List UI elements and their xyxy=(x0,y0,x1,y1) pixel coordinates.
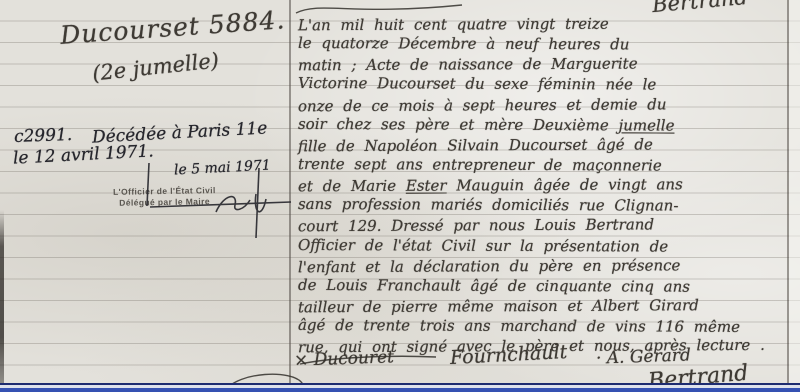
record-line: et de Marie Ester Mauguin âgée de vingt … xyxy=(298,175,785,198)
margin-divider-rule xyxy=(289,0,291,392)
right-edge-rule xyxy=(787,0,789,392)
record-line: Victorine Ducourset du sexe féminin née … xyxy=(298,74,785,96)
bottom-border-blue-edge xyxy=(0,388,800,392)
record-line: l'enfant et la déclaration du père en pr… xyxy=(298,255,785,278)
signature-witness-2-name: A. Gérard xyxy=(606,345,691,368)
record-text: L'an mil huit cent quatre vingt treizele… xyxy=(298,15,785,357)
margin-pen-vertical-2 xyxy=(256,168,259,238)
signature-witness-2: · A. Gérard xyxy=(596,345,691,368)
record-line: onze de ce mois à sept heures et demie d… xyxy=(298,94,785,117)
stamp-signature-loop-2 xyxy=(255,194,266,212)
record-line: Officier de l'état Civil sur la présenta… xyxy=(298,235,785,257)
record-line: soir chez ses père et mère Deuxième jume… xyxy=(298,115,785,137)
scan-bottom-border xyxy=(0,383,800,392)
signature-cross-mark: × xyxy=(294,350,309,370)
margin-act-name-number: Ducourset 5884. xyxy=(59,5,286,50)
record-line: court 129. Dressé par nous Louis Bertran… xyxy=(298,215,785,238)
stamp-signature-loop-1 xyxy=(216,197,250,212)
margin-officer-date: le 5 mai 1971 xyxy=(174,157,271,178)
margin-twin-note: (2e jumelle) xyxy=(91,48,220,85)
signature-father: × Ducouret xyxy=(294,347,395,370)
record-line: L'an mil huit cent quatre vingt treize xyxy=(298,14,785,37)
margin-death-reference: c2991. xyxy=(14,125,73,147)
signature-separator-dot: · xyxy=(596,348,602,368)
record-line: de Louis Franchault âgé de cinquante cin… xyxy=(298,276,785,298)
right-margin-strip xyxy=(789,0,800,392)
scan-left-edge-shadow xyxy=(0,210,4,392)
record-line: trente sept ans entrepreneur de maçonner… xyxy=(298,155,785,177)
record-line: le quatorze Décembre à neuf heures du xyxy=(298,34,785,56)
officier-etat-civil-stamp: L'Officier de l'État Civil Délégué par l… xyxy=(112,185,217,209)
signature-father-name: Ducouret xyxy=(313,347,394,370)
signature-witness-1: Fournchault xyxy=(450,341,568,369)
stamp-line-2: Délégué par le Maire xyxy=(112,196,217,209)
scanned-register-page: Ducourset 5884. (2e jumelle) c2991. Décé… xyxy=(0,0,800,392)
record-line: âgé de trente trois ans marchand de vins… xyxy=(298,316,785,338)
record-line: fille de Napoléon Silvain Ducourset âgé … xyxy=(298,135,785,158)
top-flourish-stroke xyxy=(296,5,462,13)
record-line: tailleur de pierre même maison et Albert… xyxy=(298,296,785,319)
